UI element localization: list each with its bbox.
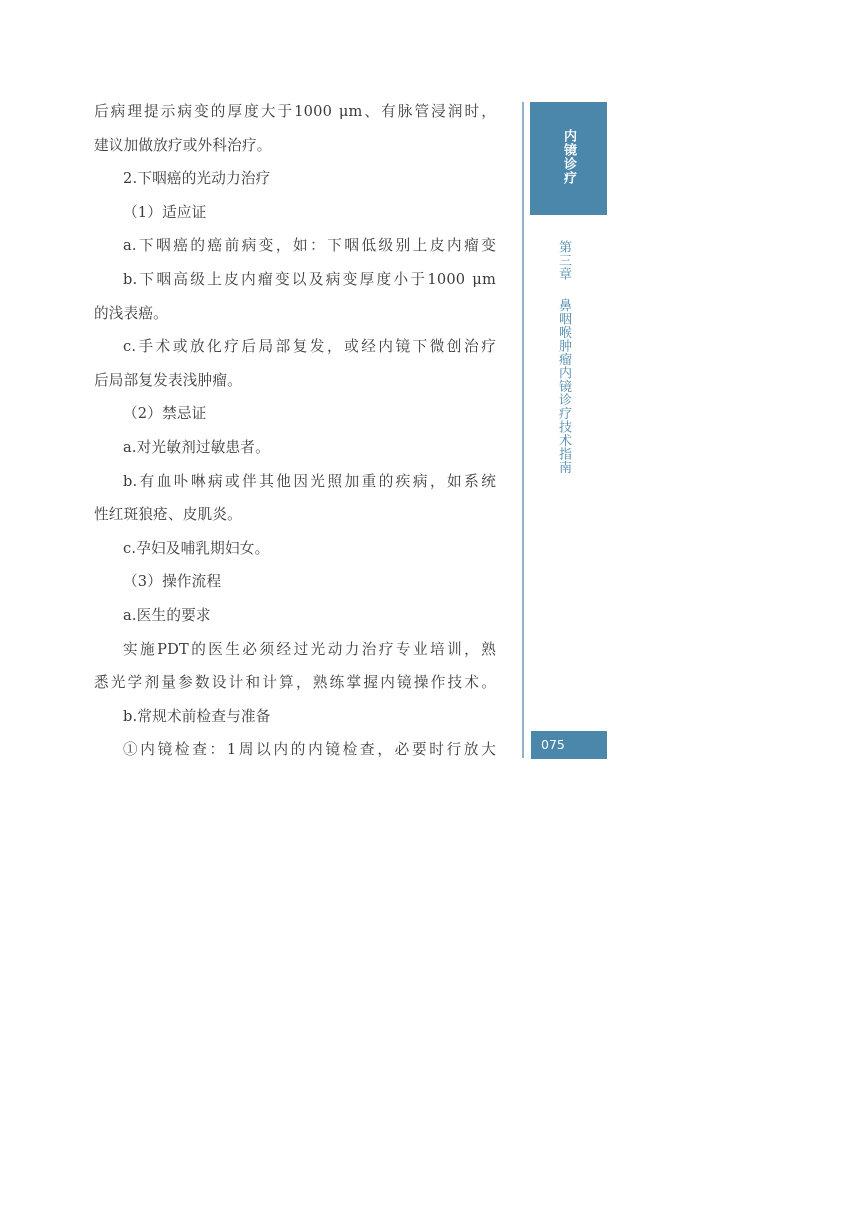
chapter-title: 鼻咽喉肿瘤内镜诊疗技术指南 bbox=[556, 299, 571, 475]
text-line-2: 建议加做放疗或外科治疗。 bbox=[94, 132, 496, 166]
text-line-12: b.有血卟啉病或伴其他因光照加重的疾病，如系统 bbox=[94, 468, 496, 502]
margin-rule bbox=[522, 102, 524, 758]
text-line-20: ①内镜检查：1周以内的内镜检查，必要时行放大 bbox=[94, 736, 496, 770]
chapter-number: 第三章 bbox=[556, 240, 571, 281]
text-line-11: a.对光敏剂过敏患者。 bbox=[94, 434, 496, 468]
page-number: 075 bbox=[531, 731, 607, 759]
text-line-14: c.孕妇及哺乳期妇女。 bbox=[94, 535, 496, 569]
text-line-5: a.下咽癌的癌前病变，如：下咽低级别上皮内瘤变 bbox=[94, 232, 496, 266]
text-line-9: 后局部复发表浅肿瘤。 bbox=[94, 367, 496, 401]
section-tab: 内镜诊疗 bbox=[530, 102, 607, 215]
text-line-3: 2.下咽癌的光动力治疗 bbox=[94, 165, 496, 199]
text-line-4: （1）适应证 bbox=[94, 199, 496, 233]
text-line-7: 的浅表癌。 bbox=[94, 300, 496, 334]
text-line-8: c.手术或放化疗后局部复发，或经内镜下微创治疗 bbox=[94, 333, 496, 367]
text-line-18: 悉光学剂量参数设计和计算，熟练掌握内镜操作技术。 bbox=[94, 669, 496, 703]
text-line-16: a.医生的要求 bbox=[94, 602, 496, 636]
body-text: 后病理提示病变的厚度大于1000 μm、有脉管浸润时， 建议加做放疗或外科治疗。… bbox=[94, 98, 496, 770]
text-line-15: （3）操作流程 bbox=[94, 568, 496, 602]
text-line-1: 后病理提示病变的厚度大于1000 μm、有脉管浸润时， bbox=[94, 98, 496, 132]
text-line-10: （2）禁忌证 bbox=[94, 400, 496, 434]
running-header-chapter: 第三章鼻咽喉肿瘤内镜诊疗技术指南 bbox=[555, 240, 571, 474]
text-line-6: b.下咽高级上皮内瘤变以及病变厚度小于1000 μm bbox=[94, 266, 496, 300]
text-line-17: 实施PDT的医生必须经过光动力治疗专业培训，熟 bbox=[94, 636, 496, 670]
text-line-13: 性红斑狼疮、皮肌炎。 bbox=[94, 501, 496, 535]
section-tab-label: 内镜诊疗 bbox=[559, 129, 578, 185]
text-line-19: b.常规术前检查与准备 bbox=[94, 703, 496, 737]
